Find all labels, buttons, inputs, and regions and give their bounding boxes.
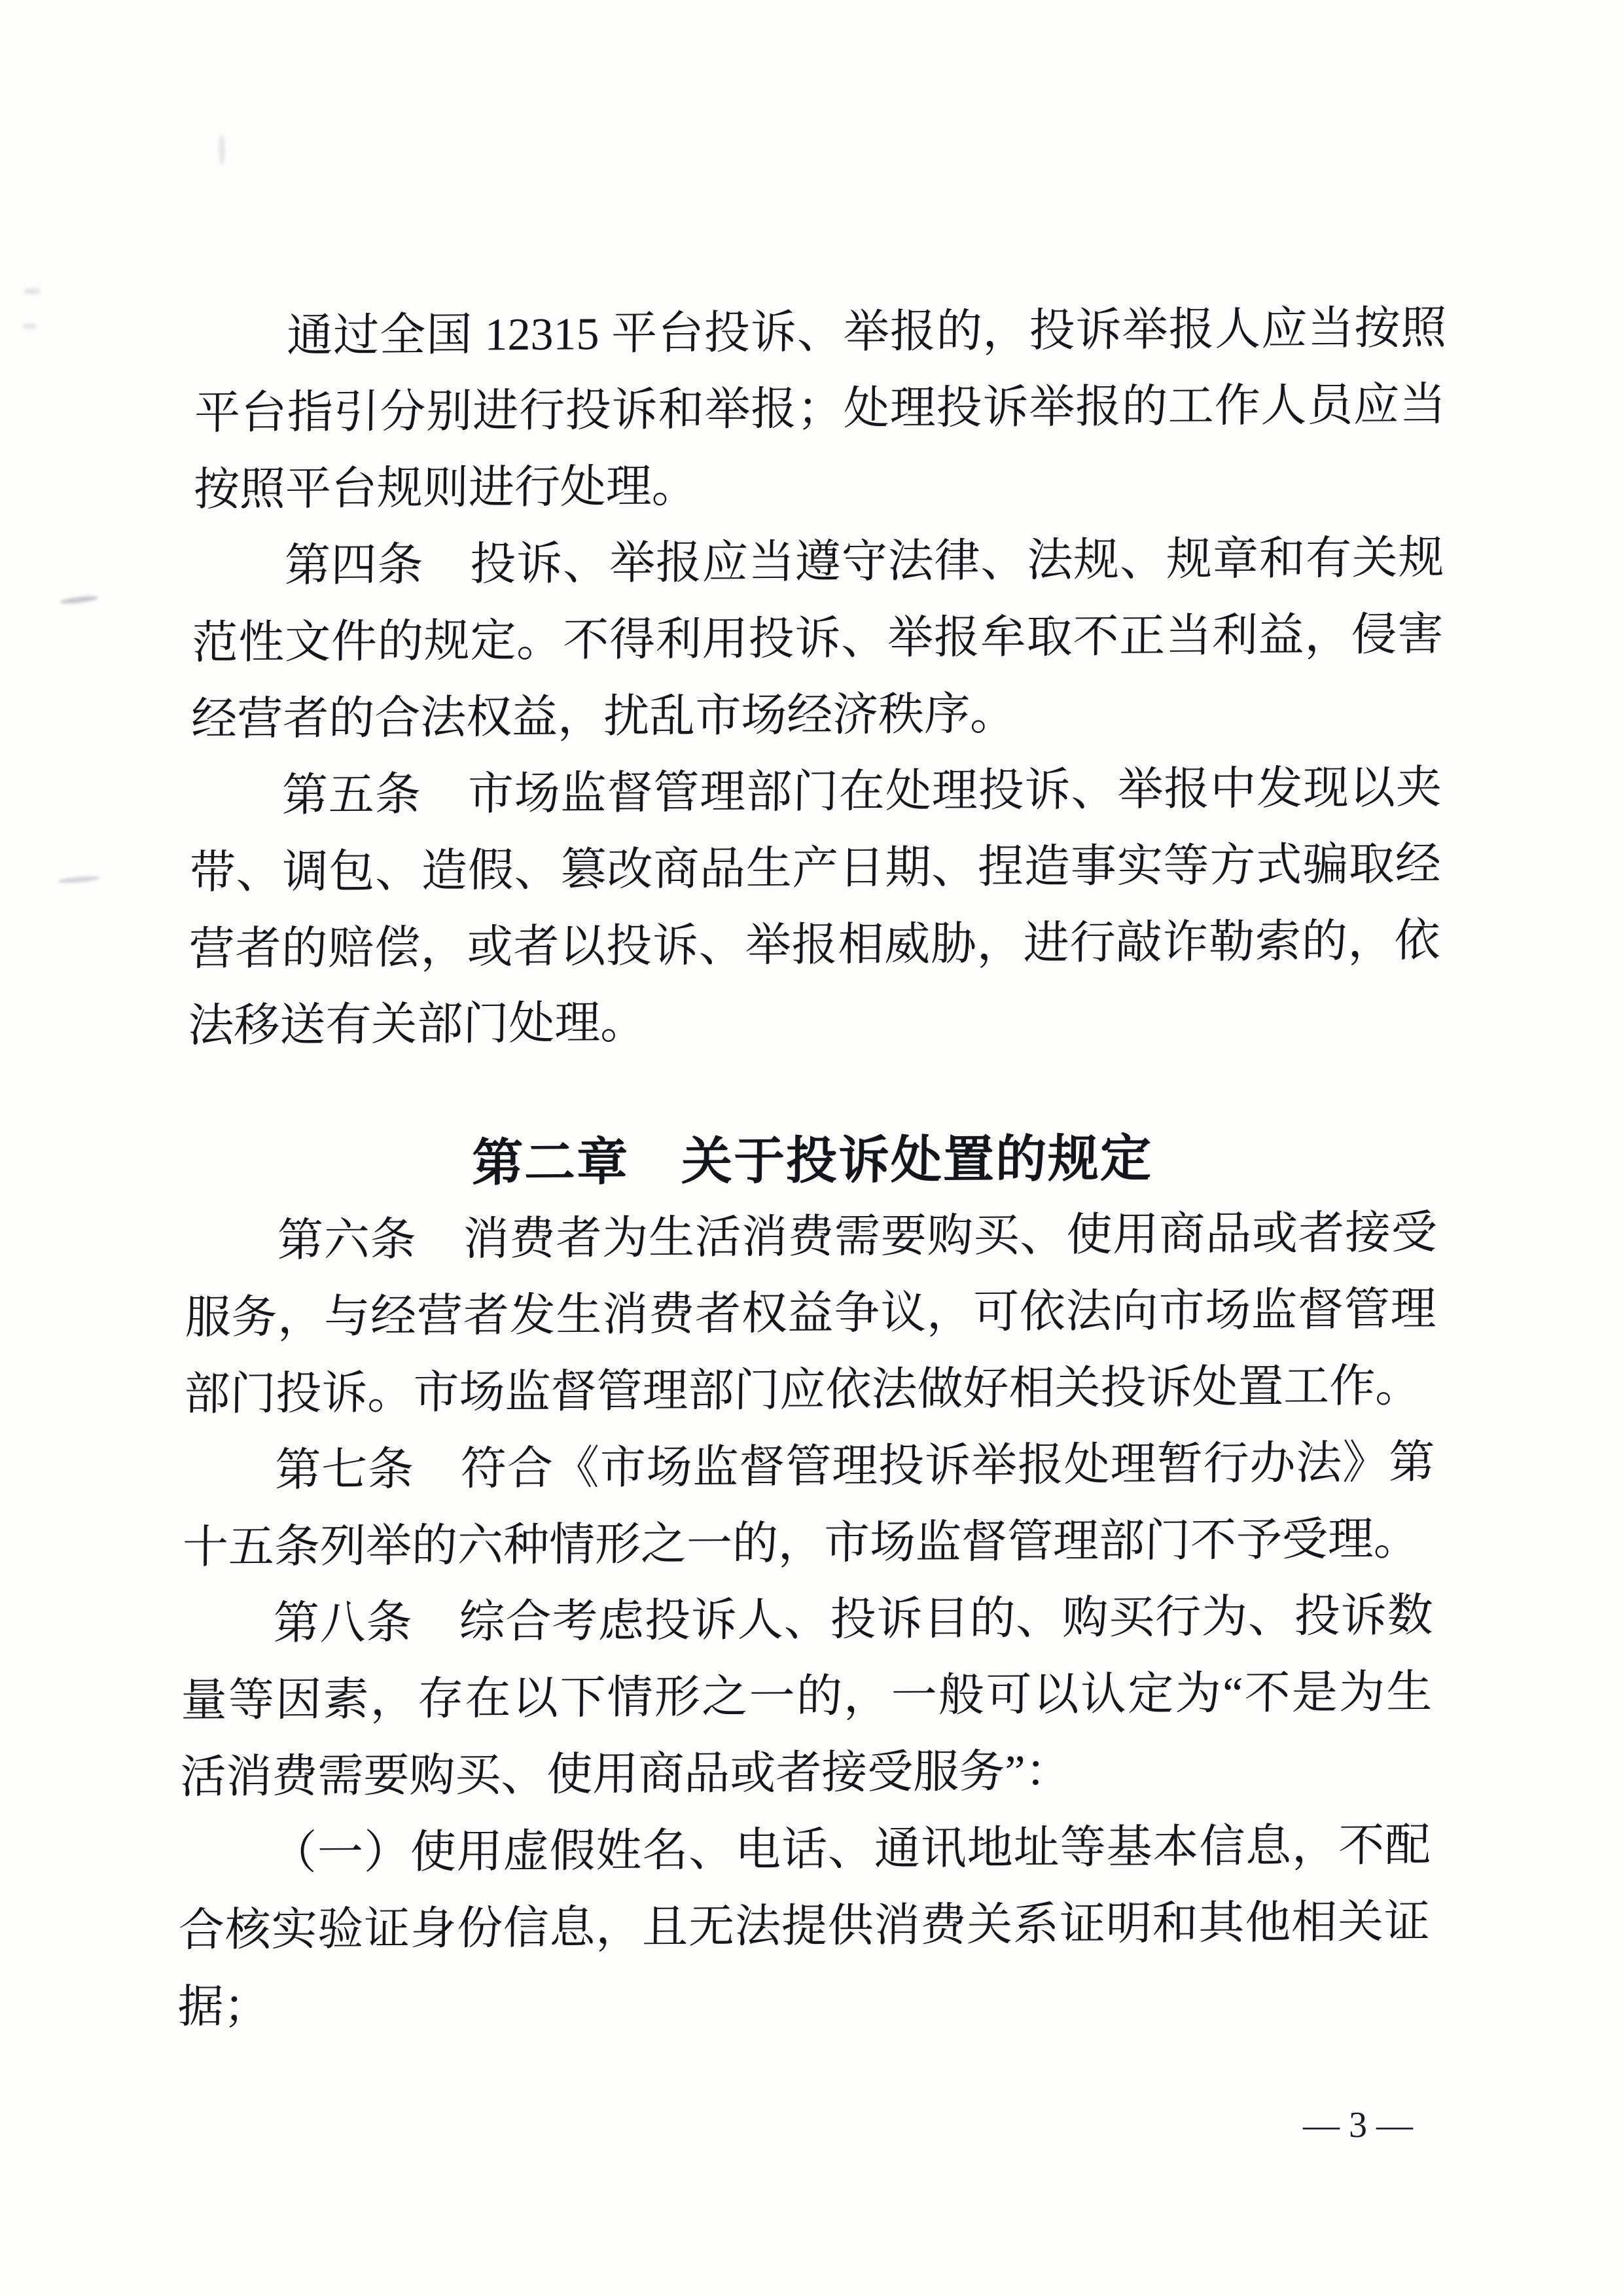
paragraph: 第七条 符合《市场监督管理投诉举报处理暂行办法》第十五条列举的六种情形之一的，市… [182,1424,1435,1586]
document-body: 通过全国 12315 平台投诉、举报的，投诉举报人应当按照平台指引分别进行投诉和… [177,290,1447,2046]
scan-smudge [24,288,41,295]
document-page: 通过全国 12315 平台投诉、举报的，投诉举报人应当按照平台指引分别进行投诉和… [0,0,1623,2296]
paragraph: 第五条 市场监督管理部门在处理投诉、举报中发现以夹带、调包、造假、篡改商品生产日… [188,749,1442,1064]
scan-smudge [22,323,37,329]
paragraph: （一）使用虚假姓名、电话、通讯地址等基本信息，不配合核实验证身份信息，且无法提供… [177,1807,1431,2045]
scan-smudge [58,875,99,884]
chapter-heading: 第二章 关于投诉处置的规定 [187,1118,1438,1203]
scan-smudge [219,135,225,165]
paragraph: 第八条 综合考虑投诉人、投诉目的、购买行为、投诉数量等因素，存在以下情形之一的，… [180,1577,1434,1816]
paragraph: 第四条 投诉、举报应当遵守法律、法规、规章和有关规范性文件的规定。不得利用投诉、… [191,520,1445,758]
paragraph: 通过全国 12315 平台投诉、举报的，投诉举报人应当按照平台指引分别进行投诉和… [193,290,1447,528]
paragraph: 第六条 消费者为生活消费需要购买、使用商品或者接受服务，与经营者发生消费者权益争… [184,1194,1438,1433]
page-number: — 3 — [1293,2102,1423,2148]
scan-smudge [60,594,99,605]
